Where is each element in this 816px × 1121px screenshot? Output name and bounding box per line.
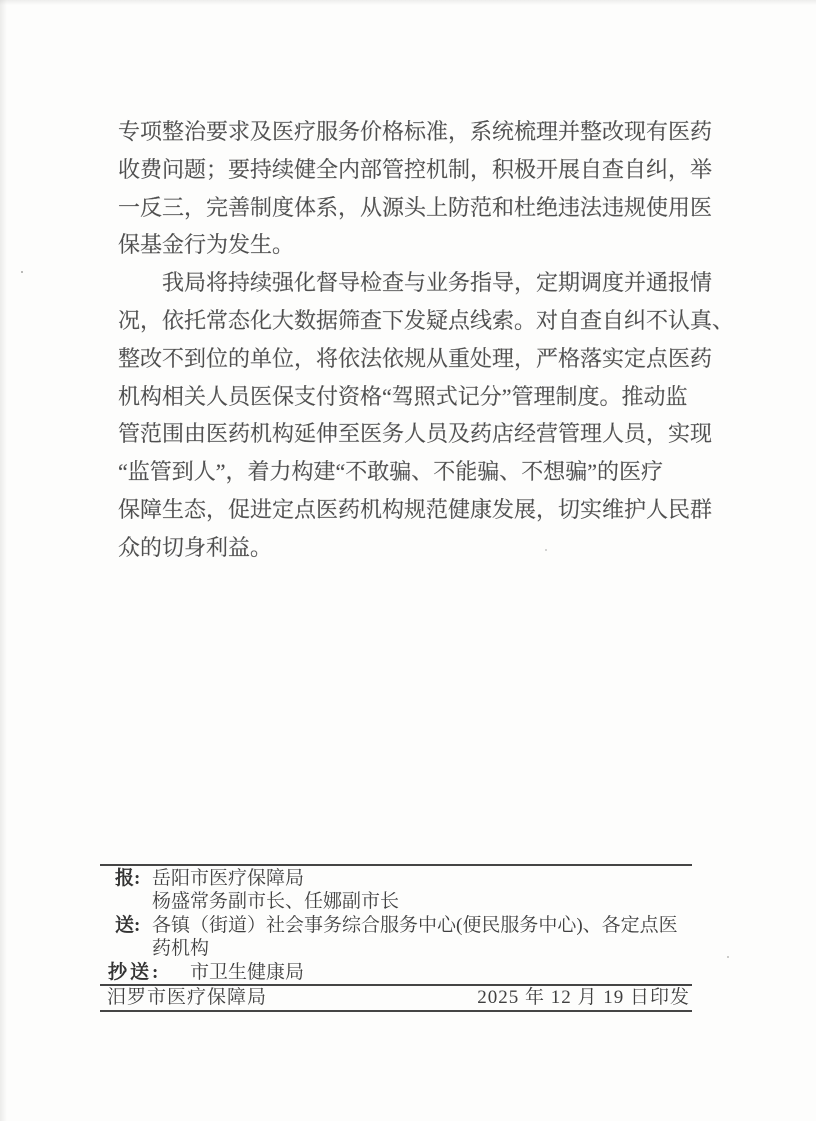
footer-top-divider xyxy=(100,864,692,866)
body-line: 我局将持续强化督导检查与业务指导，定期调度并通报情 xyxy=(118,264,700,302)
body-line: 专项整治要求及医疗服务价格标准，系统梳理并整改现有医药 xyxy=(118,113,700,151)
scan-speck xyxy=(545,549,547,551)
scanned-document-page: 专项整治要求及医疗服务价格标准，系统梳理并整改现有医药 收费问题；要持续健全内部… xyxy=(0,0,816,1121)
body-line: 机构相关人员医保支付资格“驾照式记分”管理制度。推动监 xyxy=(118,378,700,416)
document-body: 专项整治要求及医疗服务价格标准，系统梳理并整改现有医药 收费问题；要持续健全内部… xyxy=(118,113,700,567)
copy-label: 抄送: xyxy=(108,961,190,984)
scan-speck xyxy=(182,172,184,174)
scan-speck xyxy=(21,271,23,273)
send-content: 各镇（街道）社会事务综合服务中心(便民服务中心)、各定点医药机构 xyxy=(152,914,692,960)
document-footer: 报: 岳阳市医疗保障局 杨盛常务副市长、任娜副市长 送: 各镇（街道）社会事务综… xyxy=(100,864,692,1012)
report-content: 岳阳市医疗保障局 杨盛常务副市长、任娜副市长 xyxy=(152,867,692,913)
footer-bottom-divider xyxy=(100,1010,692,1012)
body-line: 众的切身利益。 xyxy=(118,529,700,567)
body-line: 收费问题；要持续健全内部管控机制，积极开展自查自纠，举 xyxy=(118,151,700,189)
footer-row-report: 报: 岳阳市医疗保障局 杨盛常务副市长、任娜副市长 xyxy=(100,867,692,913)
footer-row-copy: 抄送: 市卫生健康局 xyxy=(100,961,692,984)
copy-content: 市卫生健康局 xyxy=(190,961,692,984)
print-date: 2025 年 12 月 19 日印发 xyxy=(477,986,690,1010)
body-line: “监管到人”，着力构建“不敢骗、不能骗、不想骗”的医疗 xyxy=(118,453,700,491)
report-line: 岳阳市医疗保障局 xyxy=(152,867,692,890)
body-line: 整改不到位的单位，将依法依规从重处理，严格落实定点医药 xyxy=(118,340,700,378)
body-line: 况，依托常态化大数据筛查下发疑点线索。对自查自纠不认真、 xyxy=(118,302,700,340)
body-line: 一反三，完善制度体系，从源头上防范和杜绝违法违规使用医 xyxy=(118,189,700,227)
send-label: 送: xyxy=(115,914,152,937)
report-line: 杨盛常务副市长、任娜副市长 xyxy=(152,890,692,913)
scan-edge-left xyxy=(0,0,7,1121)
scan-speck xyxy=(246,199,249,201)
body-line: 保基金行为发生。 xyxy=(118,226,700,264)
issuing-agency: 汨罗市医疗保障局 xyxy=(107,986,267,1010)
footer-row-send: 送: 各镇（街道）社会事务综合服务中心(便民服务中心)、各定点医药机构 xyxy=(100,914,692,960)
footer-issue-row: 汨罗市医疗保障局 2025 年 12 月 19 日印发 xyxy=(100,986,692,1010)
body-line: 管范围由医药机构延伸至医务人员及药店经营管理人员，实现 xyxy=(118,415,700,453)
scan-speck xyxy=(727,956,729,958)
report-label: 报: xyxy=(115,867,152,890)
body-line: 保障生态，促进定点医药机构规范健康发展，切实维护人民群 xyxy=(118,491,700,529)
scan-edge-top xyxy=(0,0,816,5)
